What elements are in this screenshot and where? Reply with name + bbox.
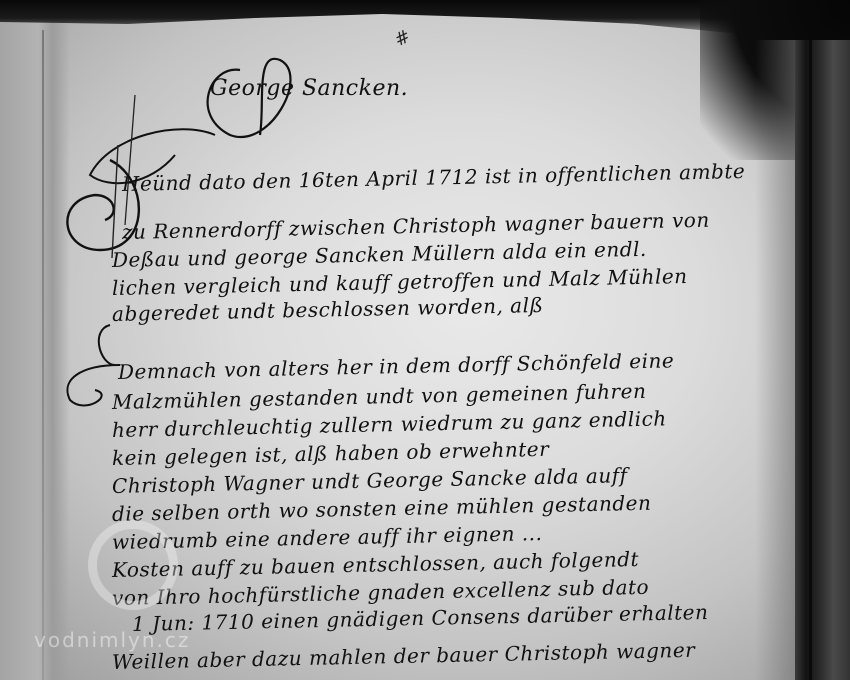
right-page-shade — [755, 40, 795, 680]
manuscript-line-9: kein gelegen ist, alß haben ob erwehnter — [112, 437, 550, 470]
manuscript-line-12: wiedrumb eine andere auff ihr eignen ... — [112, 521, 543, 554]
heading-name: George Sancken. — [210, 76, 408, 101]
manuscript-scan: # George Sancken. Heünd dato den 16ten A… — [0, 0, 850, 680]
watermark-gear-icon — [88, 520, 178, 610]
manuscript-line-16: Weillen aber dazu mahlen der bauer Chris… — [112, 638, 696, 674]
watermark-text: vodnimlyn.cz — [34, 628, 190, 652]
margin-hash-mark: # — [391, 26, 414, 51]
right-binding-border — [795, 40, 850, 680]
manuscript-line-6: Demnach von alters her in dem dorff Schö… — [118, 348, 675, 384]
